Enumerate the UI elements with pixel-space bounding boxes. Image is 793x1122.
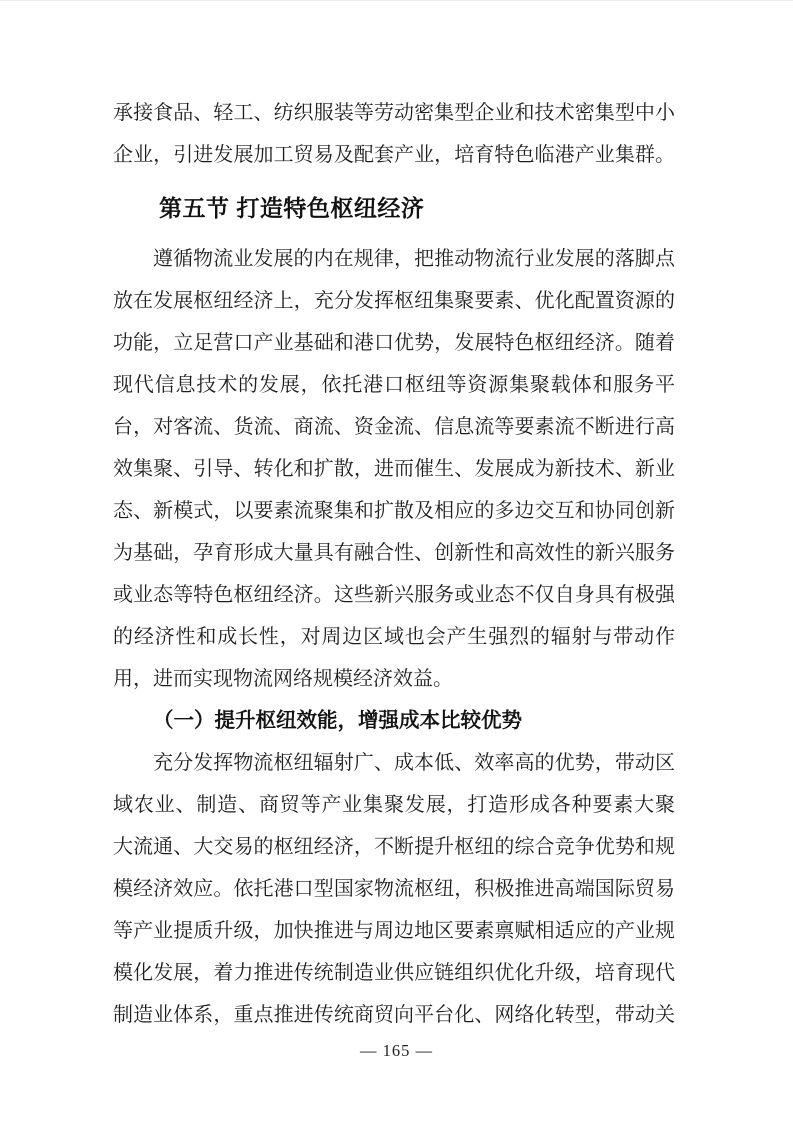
section-heading: 第五节 打造特色枢纽经济 [113,188,675,228]
paragraph-hub-economy: 遵循物流业发展的内在规律，把推动物流行业发展的落脚点放在发展枢纽经济上，充分发挥… [113,238,675,700]
text-line: 域农业、制造、商贸等产业集聚发展，打造形成各种要素大聚集、 [113,784,675,826]
text-line: 企业，引进发展加工贸易及配套产业，培育特色临港产业集群。 [113,134,675,176]
text-line: 遵循物流业发展的内在规律，把推动物流行业发展的落脚点 [113,238,675,280]
text-line: 模经济效应。依托港口型国家物流枢纽，积极推进高端国际贸易 [113,868,675,910]
text-line: 态、新模式，以要素流聚集和扩散及相应的多边交互和协同创新 [113,490,675,532]
text-line: 大流通、大交易的枢纽经济，不断提升枢纽的综合竞争优势和规 [113,826,675,868]
text-line: 为基础，孕育形成大量具有融合性、创新性和高效性的新兴服务 [113,532,675,574]
paragraph-continued-from-previous-page: 承接食品、轻工、纺织服装等劳动密集型企业和技术密集型中小企业，引进发展加工贸易及… [113,92,675,176]
text-line: 或业态等特色枢纽经济。这些新兴服务或业态不仅自身具有极强 [113,574,675,616]
text-line: 承接食品、轻工、纺织服装等劳动密集型企业和技术密集型中小 [113,92,675,134]
text-line: 用，进而实现物流网络规模经济效益。 [113,658,675,700]
page-number: — 165 — [0,1040,793,1062]
text-line: 放在发展枢纽经济上，充分发挥枢纽集聚要素、优化配置资源的 [113,280,675,322]
document-text-block: 承接食品、轻工、纺织服装等劳动密集型企业和技术密集型中小企业，引进发展加工贸易及… [113,92,675,1036]
text-line: 效集聚、引导、转化和扩散，进而催生、发展成为新技术、新业 [113,448,675,490]
text-line: 功能，立足营口产业基础和港口优势，发展特色枢纽经济。随着 [113,322,675,364]
text-line: 台，对客流、货流、商流、资金流、信息流等要素流不断进行高 [113,406,675,448]
text-line: 制造业体系，重点推进传统商贸向平台化、网络化转型，带动关 [113,994,675,1036]
page-top-edge [0,0,793,1]
sub-heading-item-one: （一）提升枢纽效能，增强成本比较优势 [113,700,675,742]
paragraph-hub-efficiency: 充分发挥物流枢纽辐射广、成本低、效率高的优势，带动区域农业、制造、商贸等产业集聚… [113,742,675,1036]
text-line: 模化发展，着力推进传统制造业供应链组织优化升级，培育现代 [113,952,675,994]
text-line: 的经济性和成长性，对周边区域也会产生强烈的辐射与带动作 [113,616,675,658]
text-line: 现代信息技术的发展，依托港口枢纽等资源集聚载体和服务平 [113,364,675,406]
text-line: 充分发挥物流枢纽辐射广、成本低、效率高的优势，带动区 [113,742,675,784]
text-line: 等产业提质升级，加快推进与周边地区要素禀赋相适应的产业规 [113,910,675,952]
